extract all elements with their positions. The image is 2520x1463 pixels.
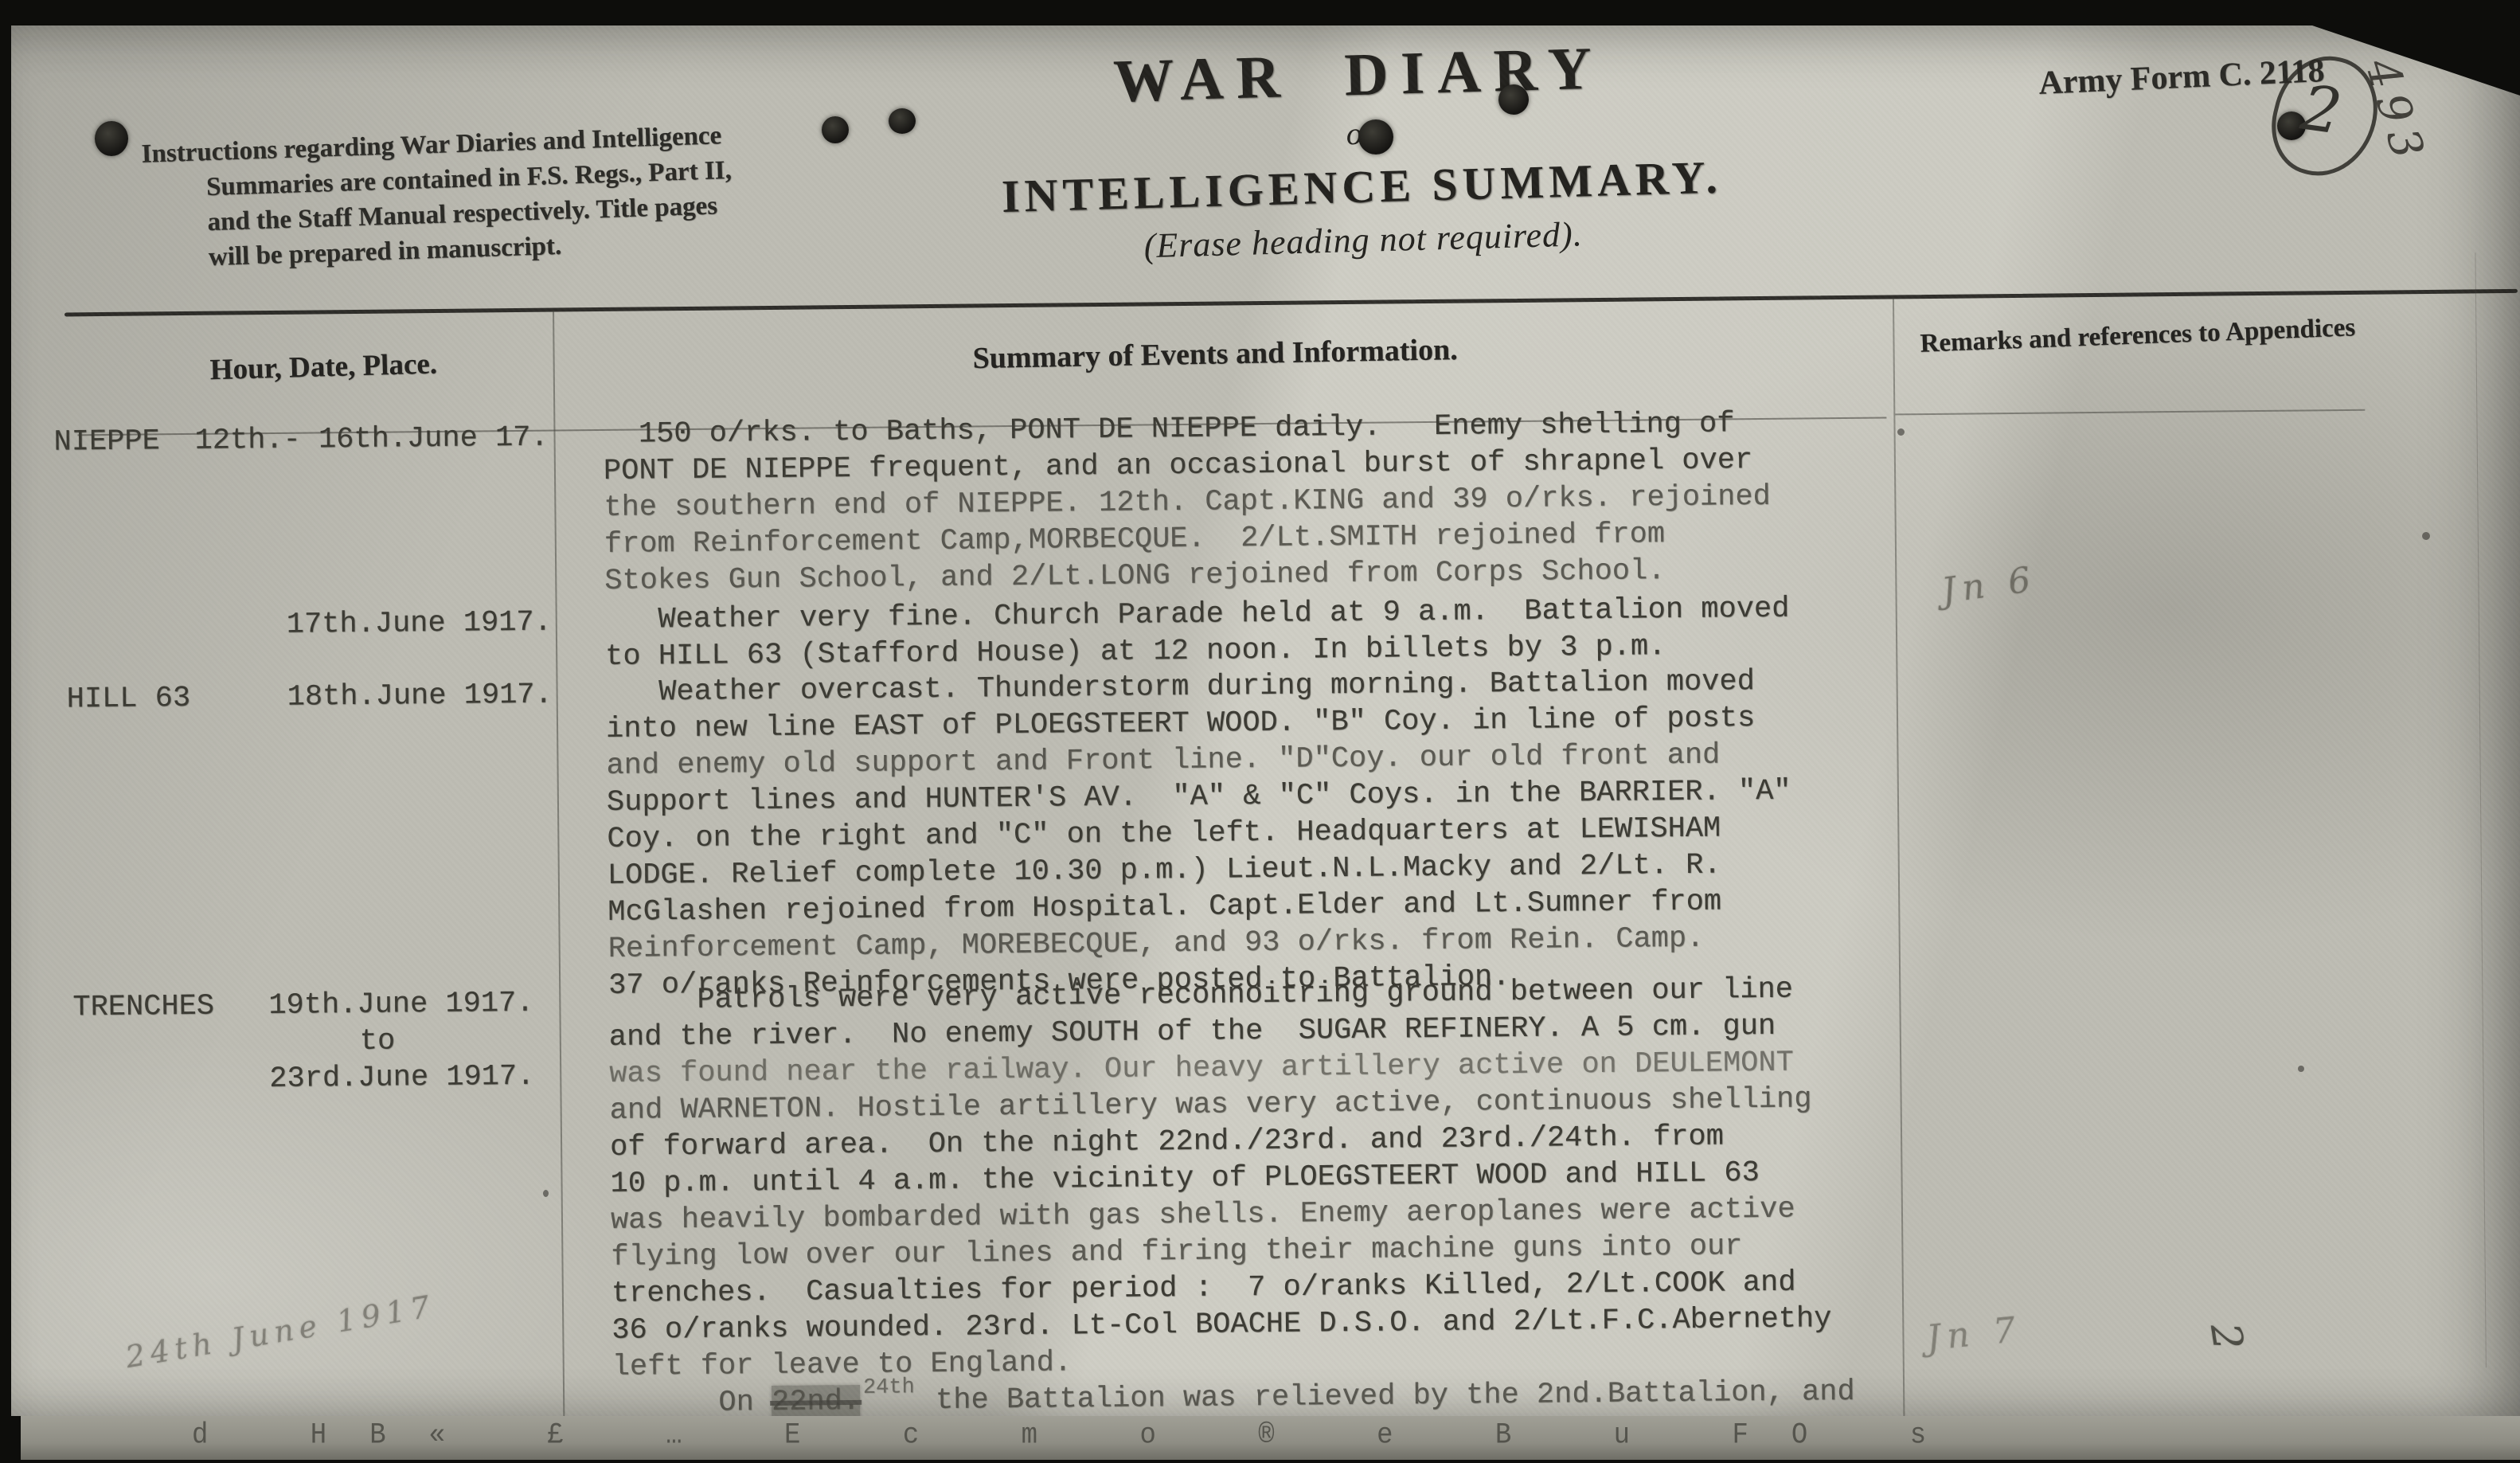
ink-speck (1897, 428, 1905, 436)
entry-date: 23rd.June 1917. (269, 1058, 534, 1097)
header-rule (64, 289, 2518, 317)
punch-hole (889, 108, 916, 134)
punch-hole (95, 121, 128, 156)
ink-speck (2422, 532, 2430, 540)
next-page-partial-text: d HB« £ … E c m o ® e B u FO s (192, 1419, 1969, 1452)
entry-date: 17th.June 1917. (287, 604, 552, 643)
ink-speck (2298, 1066, 2304, 1072)
side-page-number-handwritten: 2 (2201, 1320, 2252, 1354)
corrected-date-handwritten: 24th (863, 1375, 915, 1400)
column-header-summary: Summary of Events and Information. (972, 332, 1458, 376)
entry-summary: Weather overcast. Thunderstorm during mo… (605, 663, 1793, 1004)
column-header-remarks: Remarks and references to Appendices (1920, 313, 2356, 358)
remark-handwritten: Jn 6 (1940, 559, 2040, 612)
ink-speck (543, 1190, 549, 1197)
remark-handwritten: Jn 7 (1924, 1309, 2023, 1359)
entry-summary: Patrols were very active reconnoitring g… (608, 971, 1855, 1461)
punch-hole (822, 116, 849, 143)
entry-summary: 150 o/rks. to Baths, PONT DE NIEPPE dail… (603, 405, 1772, 600)
struck-date: 22nd. (772, 1385, 860, 1419)
form-instructions: Instructions regarding War Diaries and I… (141, 114, 861, 277)
page-edge-line (2475, 252, 2486, 1367)
column-divider-right (1893, 298, 1905, 1419)
column-header-hour-date-place: Hour, Date, Place. (209, 346, 437, 387)
entry-summary: Weather very fine. Church Parade held at… (605, 591, 1790, 675)
punch-hole (1358, 119, 1393, 155)
entry-date: 19th.June 1917. (268, 985, 533, 1024)
entry-place: HILL 63 (66, 680, 190, 718)
column-header-underline (1895, 409, 2365, 416)
war-diary-photograph: d HB« £ … E c m o ® e B u FO s Instructi… (0, 0, 2520, 1463)
punch-hole (1498, 84, 1529, 115)
form-title-block: WAR DIARY or INTELLIGENCE SUMMARY. (Eras… (881, 28, 1842, 273)
column-divider-left (553, 311, 565, 1433)
margin-note-handwritten: 24th June 1917 (123, 1289, 437, 1375)
entry-date: to (360, 1023, 396, 1060)
form-sheet: Instructions regarding War Diaries and I… (11, 25, 2520, 1416)
entry-date: 18th.June 1917. (287, 677, 552, 716)
entry-place: NIEPPE (53, 423, 160, 460)
entry-place: TRENCHES (72, 988, 214, 1027)
entry-date: 12th.- 16th.June 17. (194, 420, 548, 460)
